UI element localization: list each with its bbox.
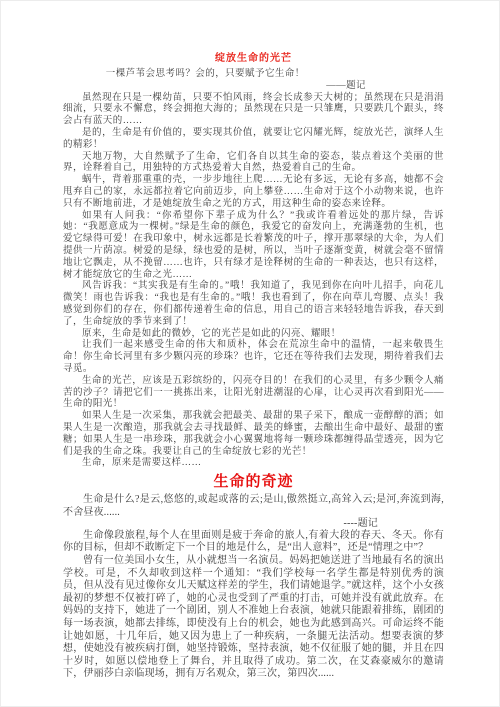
paragraph: 是的，生命是有价值的，要实现其价值，就要让它闪耀光辉，绽放光芒，演绎人生的精彩！ bbox=[63, 128, 444, 152]
paragraph: 风告诉我：“其实我是有生命的。”哦！我知道了，我见到你在向叶儿招手，向花儿微笑！… bbox=[63, 281, 444, 328]
essay2-epigraph-label: ----题记 bbox=[63, 519, 444, 530]
essay1-title: 绽放生命的光芒 bbox=[63, 53, 444, 65]
essay-1: 绽放生命的光芒 一棵芦苇会思考吗？会的，只要赋予它生命！ ——题记 虽然现在只是… bbox=[63, 53, 444, 470]
document-page: 绽放生命的光芒 一棵芦苇会思考吗？会的，只要赋予它生命！ ——题记 虽然现在只是… bbox=[0, 0, 500, 707]
paragraph: 曾有一位美国小女生，从小就想当一名演员。妈妈把她送进了当地最有名的演出学校。可是… bbox=[63, 555, 444, 681]
page-content: 绽放生命的光芒 一棵芦苇会思考吗？会的，只要赋予它生命！ ——题记 虽然现在只是… bbox=[1, 1, 499, 701]
paragraph: 如果有人问我：“你希望你下辈子成为什么？”我或许看着远处的那片绿，告诉她：“我愿… bbox=[63, 211, 444, 282]
paragraph: 生命，原来是需要这样…… bbox=[63, 458, 444, 470]
paragraph: 生命的光芒，应该是五彩缤纷的，闪亮夺目的！在我们的心灵里，有多少颗令人痛苦的沙子… bbox=[63, 376, 444, 411]
essay2-epigraph: 生命是什么?是云,悠悠的,或起或落的云;是山,傲然挺立,高耸入云;是河,奔流到海… bbox=[63, 494, 444, 519]
essay-2: 生命的奇迹 生命是什么?是云,悠悠的,或起或落的云;是山,傲然挺立,高耸入云;是… bbox=[63, 474, 444, 681]
paragraph: 原来，生命是如此的微妙，它的光芒是如此的闪亮、耀眼！ bbox=[63, 329, 444, 341]
paragraph: 让我们一起来感受生命的伟大和质朴，体会在荒凉生命中的温情，一起来敬畏生命！你生命… bbox=[63, 340, 444, 375]
paragraph: 生命像段旅程,每个人在里面则是疲于奔命的旅人,有着大段的春天、冬天。你有你的目标… bbox=[63, 530, 444, 555]
paragraph: 虽然现在只是一棵幼苗，只要不怕风雨，终会长成参天大树的；虽然现在只是涓涓细流，只… bbox=[63, 93, 444, 128]
paragraph: 如果人生是一次采集，那我就会把最美、最甜的果子采下，酿成一壶醇醇的酒；如果人生是… bbox=[63, 411, 444, 458]
paragraph: 蜗牛，背着那重重的壳，一步步地往上爬……无论有多远，无论有多高，她都不会甩弃自己… bbox=[63, 175, 444, 210]
essay1-epigraph: 一棵芦苇会思考吗？会的，只要赋予它生命！ bbox=[63, 69, 444, 81]
essay1-epigraph-label: ——题记 bbox=[63, 81, 444, 93]
paragraph: 天地万物，大自然赋予了生命，它们各自以其生命的姿态，装点着这个美丽的世界，诠释着… bbox=[63, 152, 444, 176]
essay2-title: 生命的奇迹 bbox=[63, 474, 444, 491]
